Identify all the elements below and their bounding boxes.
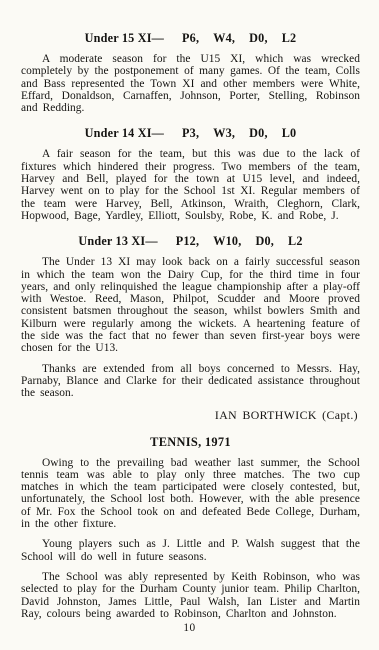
section-heading-under-14-xi: Under 14 XI—P3,W3,D0,L0 (21, 127, 360, 140)
paragraph-u15-season: A moderate season for the U15 XI, which … (21, 53, 360, 114)
stat-played: P6, (182, 31, 199, 45)
section-under-15-xi: Under 15 XI—P6,W4,D0,L2 A moderate seaso… (21, 32, 360, 114)
paragraph-tennis-representation: The School was ably represented by Keith… (21, 571, 360, 620)
paragraph-thanks: Thanks are extended from all boys concer… (21, 363, 360, 400)
stat-drawn: D0, (249, 126, 268, 140)
stat-won: W3, (213, 126, 235, 140)
section-heading-under-13-xi: Under 13 XI—P12,W10,D0,L2 (21, 235, 360, 248)
captain-signature: IAN BORTHWICK (Capt.) (21, 408, 358, 423)
paragraph-u13-season: The Under 13 XI may look back on a fairl… (21, 256, 360, 354)
document-page: Under 15 XI—P6,W4,D0,L2 A moderate seaso… (0, 0, 379, 650)
section-heading-tennis: TENNIS, 1971 (21, 436, 360, 449)
section-under-13-xi: Under 13 XI—P12,W10,D0,L2 The Under 13 X… (21, 235, 360, 422)
heading-title: Under 15 XI— (85, 31, 164, 45)
stat-played: P12, (176, 234, 199, 248)
stat-lost: L2 (288, 234, 303, 248)
paragraph-u14-season: A fair season for the team, but this was… (21, 148, 360, 222)
heading-title: Under 13 XI— (78, 234, 157, 248)
paragraph-tennis-weather: Owing to the prevailing bad weather last… (21, 457, 360, 531)
stat-played: P3, (182, 126, 199, 140)
section-heading-under-15-xi: Under 15 XI—P6,W4,D0,L2 (21, 32, 360, 45)
stat-won: W4, (213, 31, 235, 45)
stat-lost: L2 (282, 31, 297, 45)
page-number: 10 (0, 622, 379, 634)
stat-lost: L0 (282, 126, 297, 140)
heading-title: Under 14 XI— (85, 126, 164, 140)
section-tennis-1971: TENNIS, 1971 Owing to the prevailing bad… (21, 436, 360, 621)
section-under-14-xi: Under 14 XI—P3,W3,D0,L0 A fair season fo… (21, 127, 360, 222)
stat-drawn: D0, (249, 31, 268, 45)
paragraph-tennis-young-players: Young players such as J. Little and P. W… (21, 538, 360, 563)
stat-won: W10, (213, 234, 241, 248)
stat-drawn: D0, (255, 234, 274, 248)
